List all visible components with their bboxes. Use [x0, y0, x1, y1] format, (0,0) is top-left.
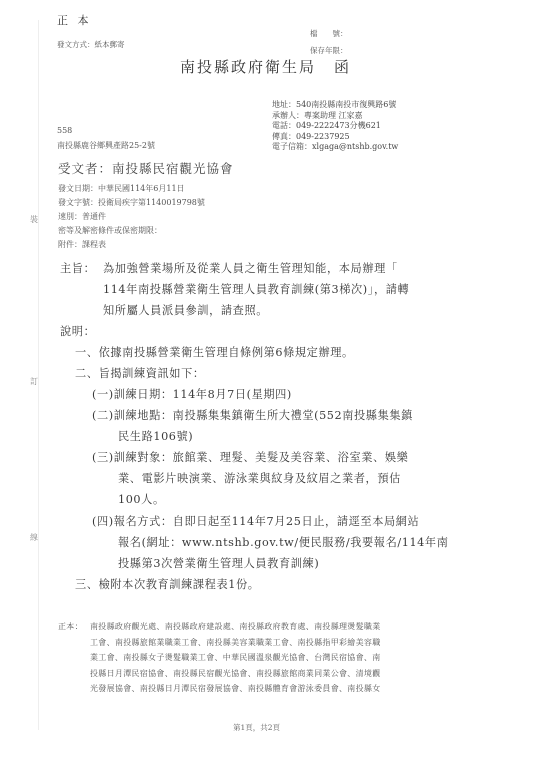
- binding-mark-ding: 訂: [30, 376, 38, 387]
- subject-line-1: 為加強營業場所及從業人員之衛生管理知能，本局辦理「: [103, 260, 398, 276]
- email: 電子信箱：xlgaga@ntshb.gov.tw: [272, 142, 398, 153]
- retention-period-label: 保存年限：: [310, 45, 348, 56]
- delivery-speed: 速別：普通件: [58, 211, 106, 222]
- explanation-item-3: 三、檢附本次教育訓練課程表1份。: [75, 576, 260, 592]
- copies-label: 正本：: [58, 619, 83, 635]
- contact-person: 承辦人：專案助理 江家嘉: [272, 111, 398, 122]
- binding-mark-xian: 線: [30, 532, 38, 543]
- binding-line: [38, 20, 39, 730]
- page-number: 第1頁，共2頁: [233, 722, 280, 733]
- document-type: 函: [334, 58, 351, 76]
- sender-info: 地址：540南投縣南投市復興路6號 承辦人：專案助理 江家嘉 電話：049-22…: [272, 100, 398, 153]
- document-number: 發文字號：投衛局疾字第1140019798號: [58, 197, 205, 208]
- copy-type-label: 正 本: [57, 12, 92, 28]
- subject-line-3: 知所屬人員派員參訓，請查照。: [103, 302, 268, 318]
- recipient-address: 南投縣鹿谷鄉興產路25-2號: [57, 140, 155, 151]
- document-title: 南投縣政府衛生局函: [180, 56, 351, 77]
- registration-method-line-1: (四)報名方式：自即日起至114年7月25日止，請逕至本局網站: [92, 513, 419, 529]
- recipient: 受文者：南投縣民宿觀光協會: [58, 159, 234, 177]
- training-target-line-3: 100人。: [118, 491, 165, 507]
- file-number-label: 檔 號：: [310, 28, 348, 39]
- subject-line-2: 114年南投縣營業衛生管理人員教育訓練(第3梯次)」，請轉: [103, 281, 409, 297]
- security-level: 密等及解密條件或保密期限：: [58, 225, 162, 236]
- copies-list: 南投縣政府觀光處、南投縣政府建設處、南投縣政府教育處、南投縣理燙髮職業 工會、南…: [90, 619, 381, 697]
- phone: 電話：049-2222473分機621: [272, 121, 398, 132]
- copies-line: 投縣日月潭民宿協會、南投縣民宿觀光協會、南投縣旅館商業同業公會、清境觀: [90, 666, 381, 682]
- sender-address: 地址：540南投縣南投市復興路6號: [272, 100, 398, 111]
- binding-mark-zhuang: 裝: [30, 214, 38, 225]
- subject-label: 主旨：: [60, 260, 95, 276]
- registration-method-line-2: 報名(網址：www.ntshb.gov.tw/便民服務/我要報名/114年南: [118, 534, 448, 550]
- registration-method-line-3: 投縣第3次營業衛生管理人員教育訓練): [118, 555, 319, 571]
- issue-date: 發文日期：中華民國114年6月11日: [58, 183, 185, 194]
- postal-code: 558: [57, 126, 72, 135]
- training-date: (一)訓練日期：114年8月7日(星期四): [92, 386, 292, 402]
- copies-line: 光發展協會、南投縣日月潭民宿發展協會、南投縣體育會游泳委員會、南投縣女: [90, 681, 381, 697]
- attachment: 附件：課程表: [58, 239, 106, 250]
- fax: 傳真：049-2237925: [272, 132, 398, 143]
- explanation-item-1: 一、依據南投縣營業衛生管理自條例第6條規定辦理。: [75, 344, 354, 360]
- training-location-line-1: (二)訓練地點：南投縣集集鎮衛生所大禮堂(552南投縣集集鎮: [92, 407, 413, 423]
- copies-line: 業工會、南投縣女子燙髮職業工會、中華民國溫泉觀光協會、台灣民宿協會、南: [90, 650, 381, 666]
- training-target-line-2: 業、電影片映演業、游泳業與紋身及紋眉之業者，預估: [118, 470, 401, 486]
- agency-name: 南投縣政府衛生局: [180, 58, 316, 76]
- delivery-method: 發文方式：紙本郵寄: [57, 39, 125, 50]
- explanation-label: 說明：: [60, 323, 95, 339]
- copies-line: 南投縣政府觀光處、南投縣政府建設處、南投縣政府教育處、南投縣理燙髮職業: [90, 619, 381, 635]
- copies-line: 工會、南投縣旅館業職業工會、南投縣美容業職業工會、南投縣指甲彩繪美容職: [90, 635, 381, 651]
- explanation-item-2: 二、旨揭訓練資訊如下：: [75, 365, 205, 381]
- training-target-line-1: (三)訓練對象：旅館業、理髮、美髮及美容業、浴室業、娛樂: [92, 449, 408, 465]
- training-location-line-2: 民生路106號): [118, 428, 193, 444]
